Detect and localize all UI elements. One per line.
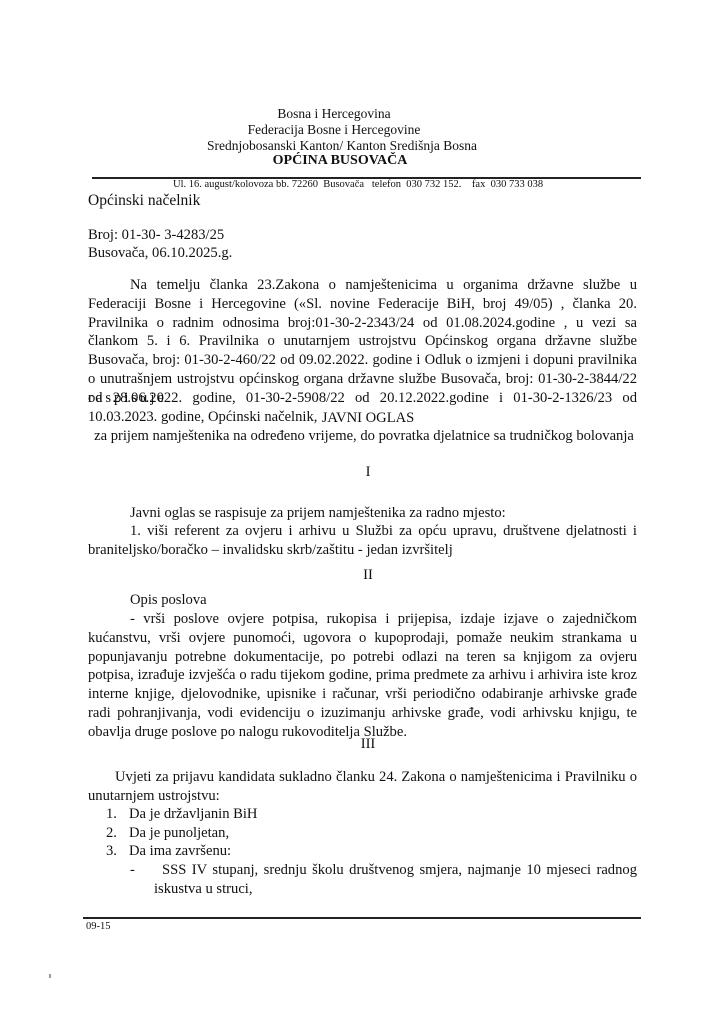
condition-2-number: 2. (106, 824, 117, 843)
sub-condition-dash: - (130, 861, 135, 880)
condition-3-text: Da ima završenu: (129, 842, 231, 861)
sender-title: Općinski načelnik (88, 192, 200, 211)
section-3-numeral: III (0, 735, 724, 754)
reference-number: Broj: 01-30- 3-4283/25 (88, 226, 224, 245)
preamble-paragraph: Na temelju članka 23.Zakona o namješteni… (88, 276, 637, 426)
condition-3-number: 3. (106, 842, 117, 861)
letterhead-municipality: OPĆINA BUSOVAČA (0, 153, 702, 169)
notice-subtitle: za prijem namještenika na određeno vrije… (0, 427, 724, 446)
letterhead-canton: Srednjobosanski Kanton/ Kanton Središnja… (0, 138, 704, 154)
announces-verb: raspisuje (88, 389, 167, 408)
footer-form-code: 09-15 (86, 921, 111, 932)
condition-2-text: Da je punoljetan, (129, 824, 229, 843)
notice-title: JAVNI OGLAS (0, 409, 724, 428)
section-2-heading: Opis poslova (130, 591, 207, 610)
scan-speck (49, 974, 51, 978)
sub-condition-education: SSS IV stupanj, srednju školu društvenog… (154, 861, 637, 899)
section-1-numeral: I (0, 463, 724, 482)
condition-1-number: 1. (106, 805, 117, 824)
section-1-position: 1. viši referent za ovjeru i arhivu u Sl… (88, 522, 637, 560)
condition-1-text: Da je državljanin BiH (129, 805, 257, 824)
section-2-numeral: II (0, 566, 724, 585)
reference-place-date: Busovača, 06.10.2025.g. (88, 244, 232, 263)
section-1-intro: Javni oglas se raspisuje za prijem namje… (130, 504, 506, 523)
letterhead-address: Ul. 16. august/kolovoza bb. 72260 Busova… (173, 179, 543, 191)
section-3-intro: Uvjeti za prijavu kandidata sukladno čla… (88, 768, 637, 806)
letterhead-federation: Federacija Bosne i Hercegovine (0, 122, 696, 138)
section-2-description: - vrši poslove ovjere potpisa, rukopisa … (88, 610, 637, 742)
footer-divider (83, 917, 641, 919)
letterhead-country: Bosna i Hercegovina (0, 106, 696, 122)
